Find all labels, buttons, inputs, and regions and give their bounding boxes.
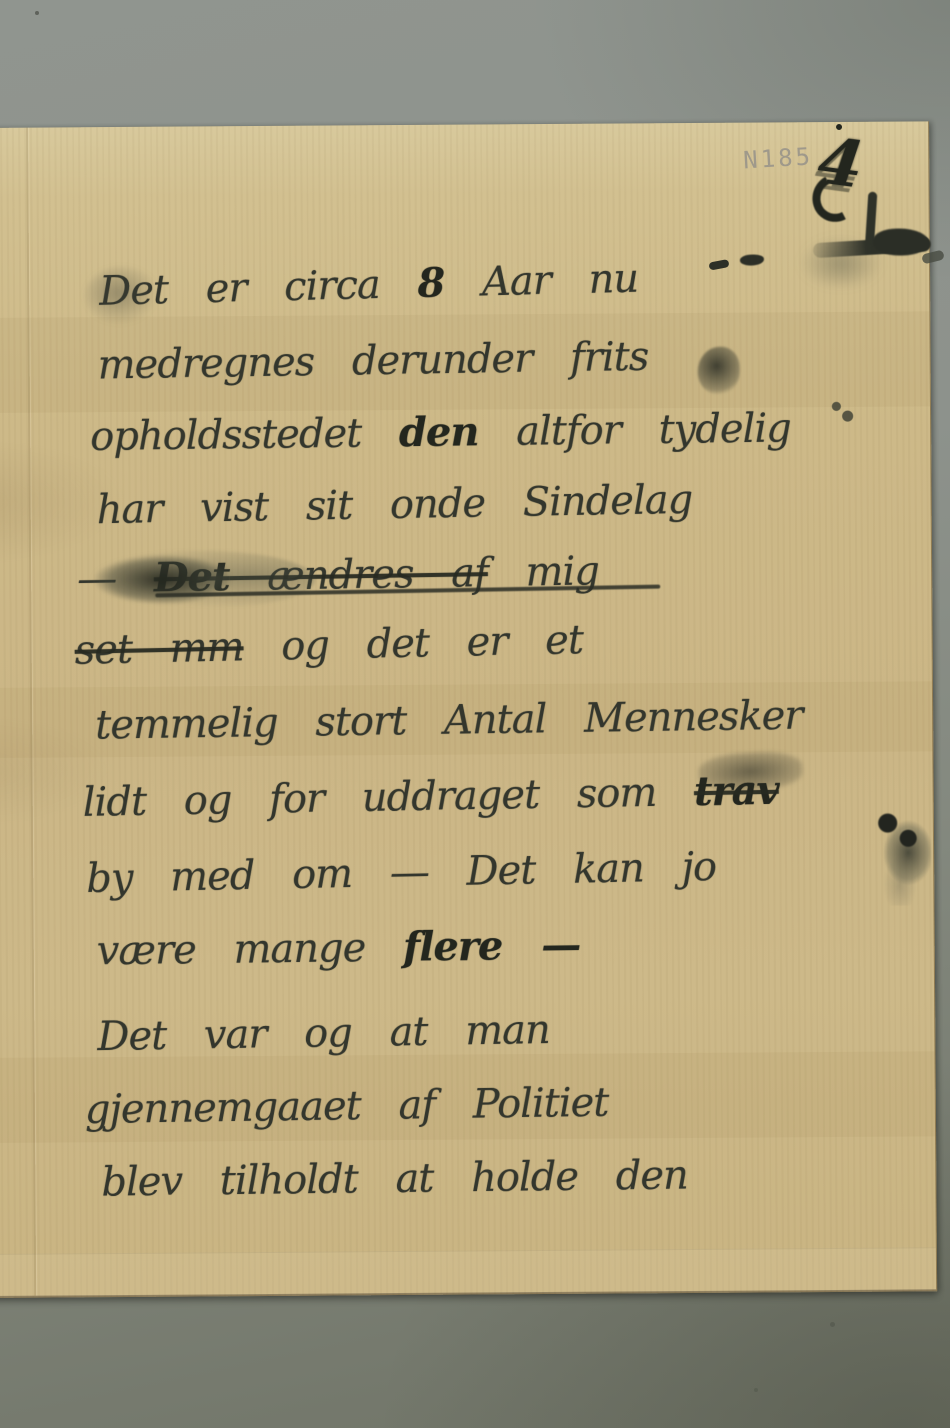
handwritten-line-9: by med om — Det kan jo — [86, 847, 717, 899]
handwritten-line-10: være mange flere — — [97, 926, 581, 972]
handwriting-segment: Det er circa — [99, 261, 418, 315]
dust-speck — [35, 11, 39, 15]
handwriting-segment: — — [77, 555, 154, 602]
handwritten-line-4: har vist sit onde Sindelag — [96, 480, 692, 530]
handwritten-line-5: — Det ændres af mig — [77, 551, 599, 599]
handwriting-segment: være mange — [96, 925, 403, 975]
handwriting-segment: by med om — Det kan jo — [86, 844, 717, 902]
handwriting-segment: har vist sit onde Sindelag — [96, 477, 692, 533]
handwritten-line-1: Det er circa 8 Aar nu — [99, 259, 639, 312]
manuscript-page: N185 4 Det er circa 8 Aar numedregnes de… — [0, 121, 937, 1298]
handwritten-line-6: set mm og det er et — [74, 620, 583, 671]
dust-speck — [754, 1388, 758, 1392]
handwritten-line-7: temmelig stort Antal Mennesker — [95, 696, 803, 746]
handwriting-segment: den — [399, 408, 479, 456]
photo-backdrop: N185 4 Det er circa 8 Aar numedregnes de… — [0, 0, 950, 1428]
handwritten-line-2: medregnes derunder frits — [97, 337, 648, 386]
handwriting-segment: temmelig stort Antal Mennesker — [95, 693, 803, 749]
handwriting-segment: set mm — [74, 624, 244, 674]
handwriting-segment: Aar nu — [444, 256, 639, 307]
handwriting-segment: medregnes derunder frits — [97, 334, 648, 389]
handwriting-segment: altfor tydelig — [478, 405, 791, 455]
handwriting-segment: trav — [694, 767, 780, 815]
handwriting-segment: gjennemgaaet af Politiet — [85, 1080, 609, 1133]
handwriting-segment: opholdsstedet — [90, 410, 399, 460]
handwriting-segment: blev tilholdt at holde den — [101, 1153, 688, 1206]
handwriting-segment: flere — — [403, 922, 581, 971]
handwriting-segment: Det var og at man — [97, 1007, 550, 1060]
handwritten-line-12: gjennemgaaet af Politiet — [85, 1083, 609, 1130]
handwriting-segment: Det — [154, 553, 230, 601]
handwriting-segment: mig — [487, 548, 599, 596]
handwriting-segment: og det er et — [243, 617, 583, 670]
handwriting-segment: ændres af — [229, 550, 488, 600]
dust-speck — [830, 1322, 835, 1327]
handwriting-block: Det er circa 8 Aar numedregnes derunder … — [0, 121, 936, 1296]
handwritten-line-8: lidt og for uddraget som trav — [82, 771, 779, 823]
handwritten-line-11: Det var og at man — [97, 1010, 550, 1057]
handwriting-segment: 8 — [417, 259, 445, 307]
handwritten-line-13: blev tilholdt at holde den — [101, 1156, 688, 1203]
handwriting-segment: lidt og for uddraget som — [82, 769, 694, 826]
handwritten-line-3: opholdsstedet den altfor tydelig — [90, 408, 791, 457]
